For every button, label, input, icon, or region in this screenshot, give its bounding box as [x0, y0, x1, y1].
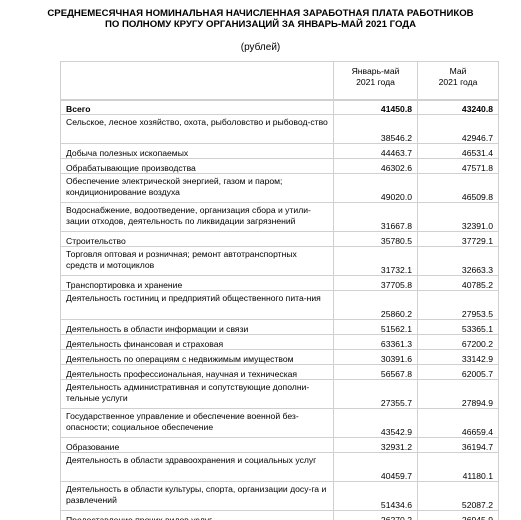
- industry-name: Образование: [61, 438, 334, 453]
- may-value: 32391.0: [418, 203, 499, 232]
- may-value: 27953.5: [418, 291, 499, 320]
- jan-may-value: 26270.2: [334, 511, 418, 520]
- table-row: Предоставление прочих видов услуг26270.2…: [61, 511, 499, 520]
- may-value: 42946.7: [418, 115, 499, 144]
- industry-name: Всего: [61, 100, 334, 115]
- industry-name: Обрабатывающие производства: [61, 159, 334, 174]
- table-row: Обрабатывающие производства46302.647571.…: [61, 159, 499, 174]
- industry-name: Добыча полезных ископаемых: [61, 144, 334, 159]
- industry-name: Строительство: [61, 232, 334, 247]
- report-title: СРЕДНЕМЕСЯЧНАЯ НОМИНАЛЬНАЯ НАЧИСЛЕННАЯ З…: [0, 8, 521, 30]
- jan-may-value: 46302.6: [334, 159, 418, 174]
- industry-name: Деятельность в области здравоохранения и…: [61, 453, 334, 482]
- jan-may-value: 32931.2: [334, 438, 418, 453]
- table-row: Деятельность в области информации и связ…: [61, 320, 499, 335]
- header-may: Май 2021 года: [418, 62, 499, 101]
- industry-name: Деятельность финансовая и страховая: [61, 335, 334, 350]
- industry-name: Деятельность по операциям с недвижимым и…: [61, 350, 334, 365]
- may-value: 46659.4: [418, 409, 499, 438]
- table-row: Образование32931.236194.7: [61, 438, 499, 453]
- table-row: Деятельность в области здравоохранения и…: [61, 453, 499, 482]
- jan-may-value: 56567.8: [334, 365, 418, 380]
- may-value: 47571.8: [418, 159, 499, 174]
- industry-name: Деятельность профессиональная, научная и…: [61, 365, 334, 380]
- jan-may-value: 31667.8: [334, 203, 418, 232]
- may-value: 33142.9: [418, 350, 499, 365]
- jan-may-value: 27355.7: [334, 380, 418, 409]
- jan-may-value: 37705.8: [334, 276, 418, 291]
- wage-table: Январь-май 2021 года Май 2021 года Всего…: [60, 61, 499, 520]
- industry-name: Деятельность гостиниц и предприятий обще…: [61, 291, 334, 320]
- table-row: Деятельность профессиональная, научная и…: [61, 365, 499, 380]
- table-row: Деятельность в области культуры, спорта,…: [61, 482, 499, 511]
- table-row: Деятельность по операциям с недвижимым и…: [61, 350, 499, 365]
- may-value: 53365.1: [418, 320, 499, 335]
- may-value: 52087.2: [418, 482, 499, 511]
- may-value: 26945.9: [418, 511, 499, 520]
- jan-may-value: 41450.8: [334, 100, 418, 115]
- jan-may-value: 44463.7: [334, 144, 418, 159]
- industry-name: Транспортировка и хранение: [61, 276, 334, 291]
- table-row: Строительство35780.537729.1: [61, 232, 499, 247]
- title-line-2: ПО ПОЛНОМУ КРУГУ ОРГАНИЗАЦИЙ ЗА ЯНВАРЬ-М…: [0, 19, 521, 30]
- table-row: Обеспечение электрической энергией, газо…: [61, 174, 499, 203]
- may-value: 37729.1: [418, 232, 499, 247]
- table-row: Водоснабжение, водоотведение, организаци…: [61, 203, 499, 232]
- industry-name: Деятельность административная и сопутств…: [61, 380, 334, 409]
- may-value: 41180.1: [418, 453, 499, 482]
- may-value: 40785.2: [418, 276, 499, 291]
- industry-name: Деятельность в области культуры, спорта,…: [61, 482, 334, 511]
- may-value: 62005.7: [418, 365, 499, 380]
- table-row: Сельское, лесное хозяйство, охота, рыбол…: [61, 115, 499, 144]
- unit-label: (рублей): [0, 42, 521, 54]
- may-value: 46531.4: [418, 144, 499, 159]
- industry-name: Государственное управление и обеспечение…: [61, 409, 334, 438]
- industry-name: Деятельность в области информации и связ…: [61, 320, 334, 335]
- table-header-row: Январь-май 2021 года Май 2021 года: [61, 62, 499, 101]
- may-value: 36194.7: [418, 438, 499, 453]
- industry-name: Торговля оптовая и розничная; ремонт авт…: [61, 247, 334, 276]
- table-row: Всего41450.843240.8: [61, 100, 499, 115]
- may-value: 32663.3: [418, 247, 499, 276]
- jan-may-value: 38546.2: [334, 115, 418, 144]
- industry-name: Водоснабжение, водоотведение, организаци…: [61, 203, 334, 232]
- may-value: 67200.2: [418, 335, 499, 350]
- jan-may-value: 63361.3: [334, 335, 418, 350]
- table-row: Государственное управление и обеспечение…: [61, 409, 499, 438]
- title-line-1: СРЕДНЕМЕСЯЧНАЯ НОМИНАЛЬНАЯ НАЧИСЛЕННАЯ З…: [0, 8, 521, 19]
- jan-may-value: 51562.1: [334, 320, 418, 335]
- jan-may-value: 25860.2: [334, 291, 418, 320]
- may-value: 27894.9: [418, 380, 499, 409]
- jan-may-value: 49020.0: [334, 174, 418, 203]
- jan-may-value: 40459.7: [334, 453, 418, 482]
- may-value: 46509.8: [418, 174, 499, 203]
- may-value: 43240.8: [418, 100, 499, 115]
- table-row: Транспортировка и хранение37705.840785.2: [61, 276, 499, 291]
- industry-name: Обеспечение электрической энергией, газо…: [61, 174, 334, 203]
- table-row: Деятельность финансовая и страховая63361…: [61, 335, 499, 350]
- jan-may-value: 31732.1: [334, 247, 418, 276]
- table-row: Добыча полезных ископаемых44463.746531.4: [61, 144, 499, 159]
- table-body: Всего41450.843240.8Сельское, лесное хозя…: [61, 100, 499, 520]
- jan-may-value: 51434.6: [334, 482, 418, 511]
- table-row: Торговля оптовая и розничная; ремонт авт…: [61, 247, 499, 276]
- header-jan-may: Январь-май 2021 года: [334, 62, 418, 101]
- jan-may-value: 30391.6: [334, 350, 418, 365]
- table-row: Деятельность административная и сопутств…: [61, 380, 499, 409]
- header-industry: [61, 62, 334, 101]
- jan-may-value: 35780.5: [334, 232, 418, 247]
- jan-may-value: 43542.9: [334, 409, 418, 438]
- industry-name: Предоставление прочих видов услуг: [61, 511, 334, 520]
- industry-name: Сельское, лесное хозяйство, охота, рыбол…: [61, 115, 334, 144]
- table-row: Деятельность гостиниц и предприятий обще…: [61, 291, 499, 320]
